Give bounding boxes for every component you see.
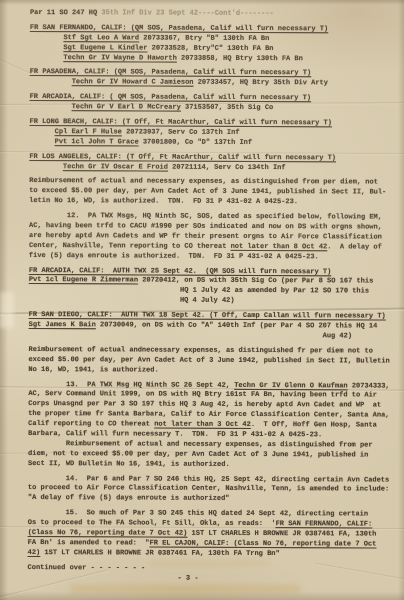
doc-line: Techn Gr IV Wayne D Haworth 20733858, HQ… xyxy=(30,54,400,66)
page-number: - 3 - xyxy=(27,574,397,586)
reimbursement-note-1: Reimbursement of actual and necessary ex… xyxy=(29,177,399,208)
doc-line: HQ 4 July 42) xyxy=(29,296,399,308)
document-footer: Continued over - - - - - - - - 3 - xyxy=(27,564,397,585)
doc-line: Par 11 SO 247 HQ 35th Inf Div 23 Sept 42… xyxy=(30,9,400,21)
doc-line: Techn Gr V Earl D McCreary 37153507, 35t… xyxy=(30,103,400,115)
fr-san-fernando: FR SAN FERNANDO, CALIF: (QM SOS, Pasaden… xyxy=(30,24,400,65)
fold-highlight xyxy=(0,292,14,328)
doc-line: Sect II, WD Bulletin No 16, 1941, is aut… xyxy=(28,460,398,472)
par-15: 15. So much of Par 3 SO 245 this HQ date… xyxy=(28,509,398,560)
doc-line: Aug 42) xyxy=(29,331,399,343)
fr-arcadia-auth-twx: FR ARCADIA, CALIF: AUTH TWX 25 Sept 42. … xyxy=(29,267,399,308)
doc-line: Techn Gr IV Howard C Jamieson 20733457, … xyxy=(30,78,400,90)
fr-los-angeles: FR LOS ANGELES, CALIF: (T Off, Ft MacArt… xyxy=(29,153,399,174)
fr-arcadia: FR ARCADIA, CALIF: ( QM SOS, Pasadena, C… xyxy=(30,93,400,114)
scanned-document-page: Par 11 SO 247 HQ 35th Inf Div 23 Sept 42… xyxy=(0,0,404,600)
header-line: Par 11 SO 247 HQ 35th Inf Div 23 Sept 42… xyxy=(30,9,400,21)
doc-line: Techn Gr IV Oscar E Froid 20721114, Serv… xyxy=(29,163,399,175)
doc-line: letin No 16, WD, is authorized. TDN. FD … xyxy=(29,197,399,209)
document-text: Par 11 SO 247 HQ 35th Inf Div 23 Sept 42… xyxy=(27,9,400,590)
doc-line: "A delay of five (5) days enroute is aut… xyxy=(28,494,398,506)
doc-line: five (5) days enroute is authorized. TDN… xyxy=(29,252,399,264)
fr-long-beach: FR LONG BEACH, CALIF: (T Off, Ft MacArth… xyxy=(29,118,399,149)
doc-line: No 16, WD, 1941, is authorized. xyxy=(28,366,398,378)
reimbursement-note-2: Reimbursement of actual andnecessary exp… xyxy=(28,346,398,377)
par-13: 13. PA TWX Msg HQ Ninth SC 26 Sept 42, T… xyxy=(28,380,398,471)
fr-san-diego-auth-twx: FR SAN DIEGO, CALIF: AUTH TWX 18 Sept 42… xyxy=(29,311,399,342)
par-14: 14. Par 6 and Par 7 SO 246 this HQ, 25 S… xyxy=(28,475,398,506)
fold-crease xyxy=(0,55,32,75)
fr-pasadena: FR PASADENA, CALIF: (QM SOS, Pasadena, C… xyxy=(30,68,400,89)
doc-line: 42) 1ST LT CHARLES H BROWNE JR 0387461 F… xyxy=(28,549,398,561)
document-body: Par 11 SO 247 HQ 35th Inf Div 23 Sept 42… xyxy=(28,9,400,560)
doc-line: Pvt 1cl John T Grace 37001800, Co "D" 13… xyxy=(29,138,399,150)
par-12: 12. PA TWX Msgs, HQ Ninth SC, SOS, dated… xyxy=(29,212,399,263)
